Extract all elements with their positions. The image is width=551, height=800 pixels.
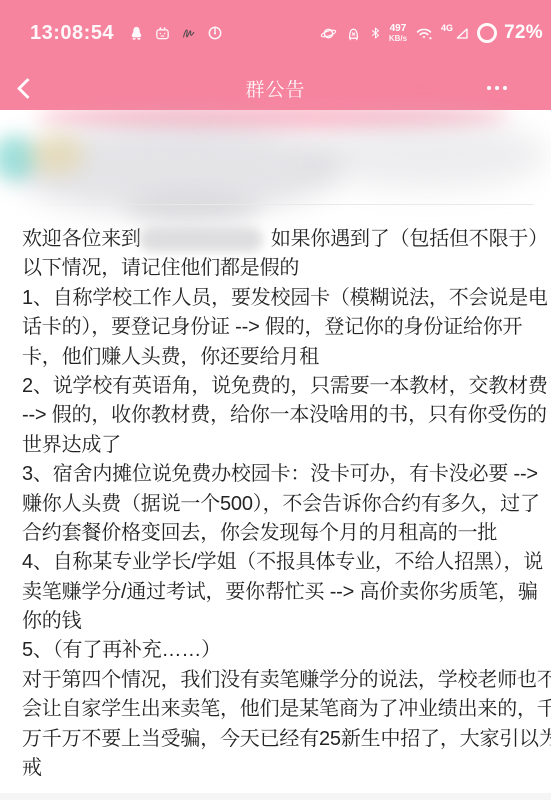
network-speed-indicator: 497 KB/s	[389, 24, 407, 43]
announcement-line: 1、自称学校工作人员，要发校园卡（模糊说法，不会说是电	[22, 284, 551, 313]
announcement-line: 你的钱	[22, 607, 551, 636]
network-speed-value: 497	[390, 24, 407, 34]
signal-triangle-icon	[454, 25, 470, 41]
focus-mode-icon	[206, 24, 224, 42]
group-announcement-screen: 13:08:54	[0, 0, 551, 800]
blur-gray-blob	[308, 121, 548, 189]
clock-time: 13:08:54	[30, 22, 114, 45]
footer-strip	[0, 793, 551, 800]
announcement-line: 卖笔赚学分/通过考试，要你帮忙买 --> 高价卖你劣质笔，骗	[22, 578, 551, 607]
announcement-line: 5、（有了再补充……）	[22, 636, 551, 665]
line1-prefix: 欢迎各位来到	[22, 225, 141, 254]
announcement-line: 话卡的），要登记身份证 --> 假的，登记你的身份证给你开	[22, 313, 551, 342]
blur-yellow-blob	[30, 133, 84, 175]
header-background: 13:08:54	[0, 0, 551, 110]
line1-suffix: 如果你遇到了（包括但不限于）	[271, 225, 548, 254]
announcement-line: 合约套餐价格变回去，你会发现每个月的月租高的一批	[22, 519, 551, 548]
status-left-icons	[128, 24, 224, 42]
status-right-icons: 497 KB/s 4G	[319, 22, 543, 44]
announcement-line: 戒	[22, 754, 551, 783]
announcement-line: 2、说学校有英语角，说免费的，只需要一本教材，交教材费	[22, 372, 551, 401]
planet-icon	[319, 24, 338, 43]
wifi-icon	[414, 24, 434, 42]
announcement-line: 万千万不要上当受骗，今天已经有25新生中招了，大家引以为	[22, 725, 551, 754]
blur-tail-blob	[126, 193, 260, 223]
announcement-line: 欢迎各位来到 如果你遇到了（包括但不限于）	[22, 225, 551, 254]
tv-icon	[154, 25, 171, 42]
divider	[22, 204, 534, 205]
alarm-muted-icon	[345, 25, 362, 42]
network-speed-unit: KB/s	[389, 35, 407, 43]
announcement-line: --> 假的，收你教材费，给你一本没啥用的书，只有你受伤的	[22, 401, 551, 430]
more-icon	[487, 86, 491, 90]
announcement-line: 3、宿舍内摊位说免费办校园卡：没卡可办，有卡没必要 -->	[22, 460, 551, 489]
announcement-line: 4、自称某专业学长/学姐（不报具体专业，不给人招黑），说	[22, 548, 551, 577]
announcement-line: 卡，他们赚人头费，你还要给月租	[22, 343, 551, 372]
redacted-inline-blur	[139, 227, 263, 252]
announcement-line: 世界达成了	[22, 431, 551, 460]
announcement-line: 对于第四个情况，我们没有卖笔赚学分的说法，学校老师也不	[22, 666, 551, 695]
mobile-signal-indicator: 4G	[441, 25, 470, 41]
bluetooth-icon	[369, 25, 382, 41]
battery-icon	[477, 23, 497, 43]
scribble-icon	[180, 25, 197, 42]
announcement-line: 赚你人头费（据说一个500），不会告诉你合约有多久，过了	[22, 490, 551, 519]
qq-penguin-icon	[128, 25, 145, 42]
battery-percent: 72%	[504, 22, 543, 44]
page-title: 群公告	[0, 75, 551, 102]
more-button[interactable]	[487, 66, 507, 110]
status-bar: 13:08:54	[30, 16, 543, 50]
signal-type-label: 4G	[441, 24, 453, 33]
announcement-text: 欢迎各位来到 如果你遇到了（包括但不限于） 以下情况，请记住他们都是假的 1、自…	[22, 225, 551, 783]
announcement-line: 以下情况，请记住他们都是假的	[22, 254, 551, 283]
announcement-line: 会让自家学生出来卖笔，他们是某笔商为了冲业绩出来的，千	[22, 695, 551, 724]
